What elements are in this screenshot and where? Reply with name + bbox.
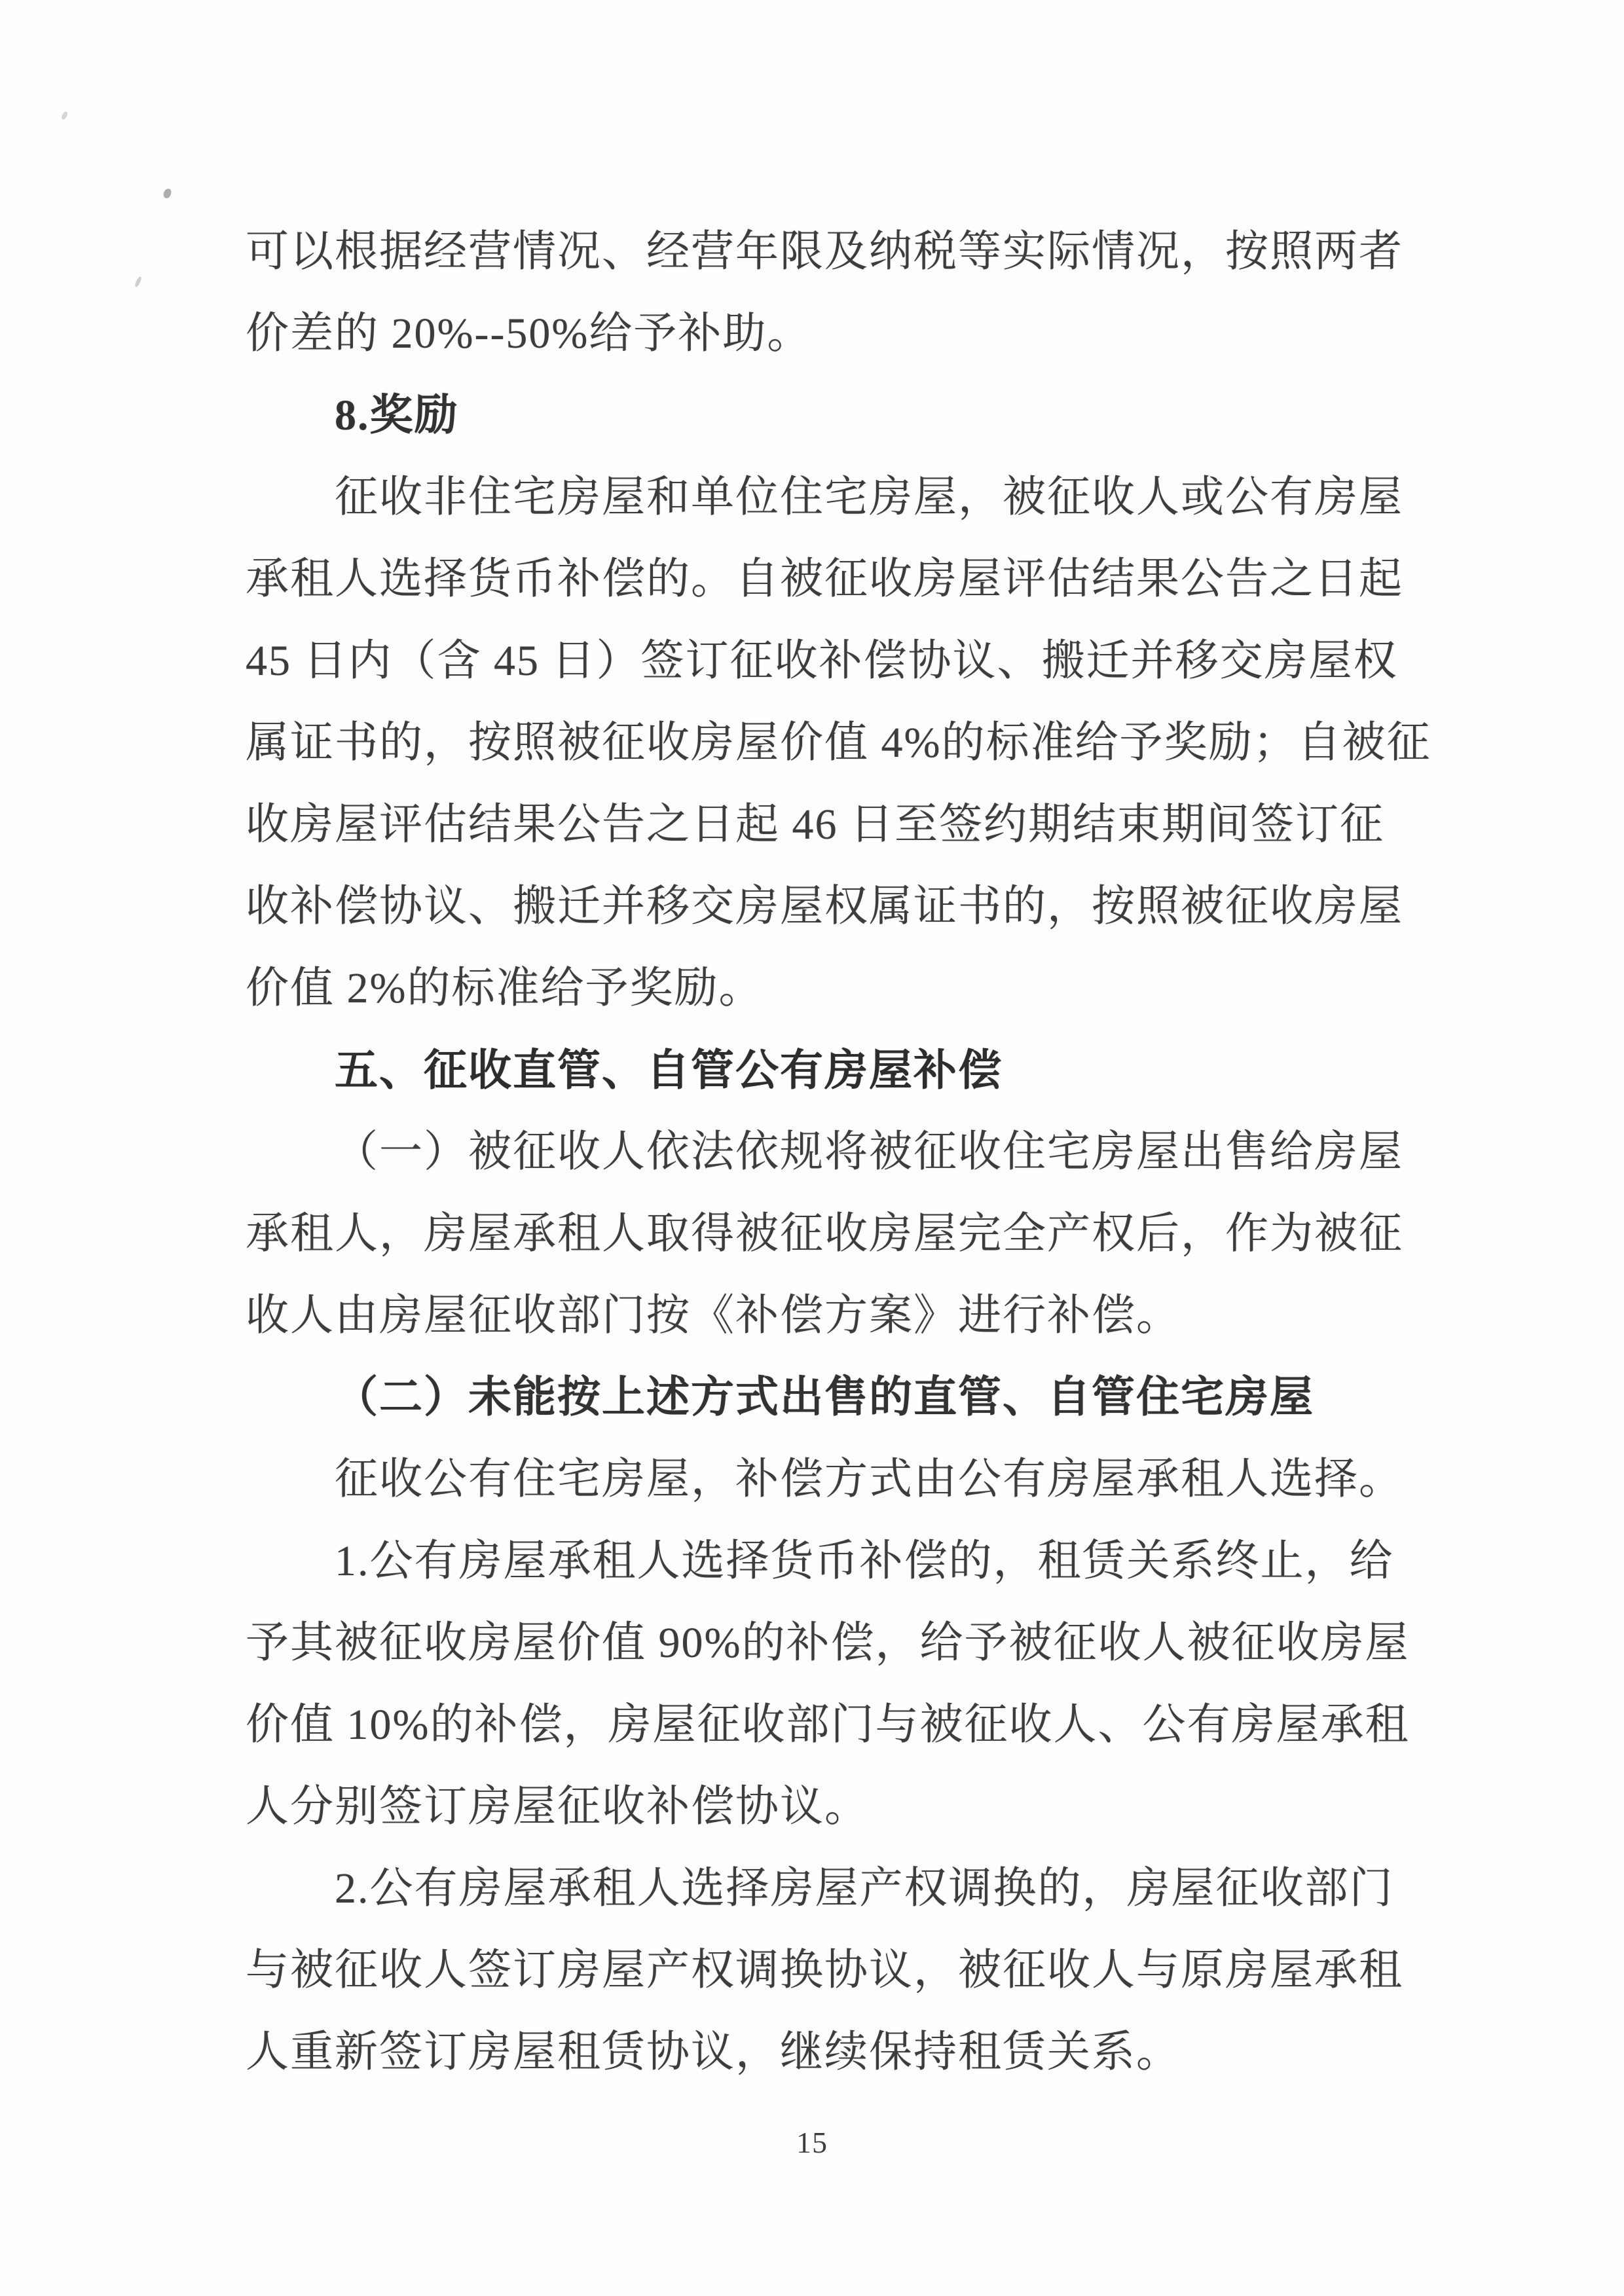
page-number: 15	[0, 2123, 1624, 2162]
heading-5-public-housing-compensation: 五、征收直管、自管公有房屋补偿	[246, 1029, 1418, 1111]
text-line: 收人由房屋征收部门按《补偿方案》进行补偿。	[246, 1275, 1418, 1357]
paragraph-2-property-exchange: 2.公有房屋承租人选择房屋产权调换的，房屋征收部门与被征收人签订房屋产权调换协议…	[246, 1848, 1418, 2093]
paragraph-reward-details: 征收非住宅房屋和单位住宅房屋，被征收人或公有房屋承租人选择货币补偿的。自被征收房…	[246, 456, 1418, 1029]
text-line: 予其被征收房屋价值 90%的补偿，给予被征收人被征收房屋	[246, 1602, 1418, 1684]
text-line: 人分别签订房屋征收补偿协议。	[246, 1766, 1418, 1848]
text-line: 属证书的，按照被征收房屋价值 4%的标准给予奖励；自被征	[246, 702, 1418, 784]
scan-speck-icon	[61, 111, 69, 120]
text-line: 收补偿协议、搬迁并移交房屋权属证书的，按照被征收房屋	[246, 866, 1418, 947]
text-line: 8.奖励	[246, 374, 1418, 456]
text-line: 价值 2%的标准给予奖励。	[246, 947, 1418, 1029]
text-line: 2.公有房屋承租人选择房屋产权调换的，房屋征收部门	[246, 1848, 1418, 1929]
paragraph-subsidy-continuation: 可以根据经营情况、经营年限及纳税等实际情况，按照两者价差的 20%--50%给予…	[246, 211, 1418, 374]
text-line: 承租人选择货币补偿的。自被征收房屋评估结果公告之日起	[246, 538, 1418, 620]
text-line: （二）未能按上述方式出售的直管、自管住宅房屋	[246, 1357, 1418, 1438]
heading-8-reward: 8.奖励	[246, 374, 1418, 456]
heading-item-2-unsold-housing: （二）未能按上述方式出售的直管、自管住宅房屋	[246, 1357, 1418, 1438]
text-line: 45 日内（含 45 日）签订征收补偿协议、搬迁并移交房屋权	[246, 620, 1418, 702]
text-line: （一）被征收人依法依规将被征收住宅房屋出售给房屋	[246, 1111, 1418, 1193]
text-line: 五、征收直管、自管公有房屋补偿	[246, 1029, 1418, 1111]
text-line: 1.公有房屋承租人选择货币补偿的，租赁关系终止，给	[246, 1520, 1418, 1602]
text-line: 价值 10%的补偿，房屋征收部门与被征收人、公有房屋承租	[246, 1684, 1418, 1766]
text-line: 与被征收人签订房屋产权调换协议，被征收人与原房屋承租	[246, 1929, 1418, 2011]
scan-speck-icon	[163, 188, 172, 199]
document-body: 可以根据经营情况、经营年限及纳税等实际情况，按照两者价差的 20%--50%给予…	[246, 211, 1418, 2093]
text-line: 征收非住宅房屋和单位住宅房屋，被征收人或公有房屋	[246, 456, 1418, 538]
text-line: 人重新签订房屋租赁协议，继续保持租赁关系。	[246, 2011, 1418, 2093]
scan-speck-icon	[134, 276, 142, 287]
text-line: 收房屋评估结果公告之日起 46 日至签约期结束期间签订征	[246, 784, 1418, 866]
paragraph-tenant-choice-intro: 征收公有住宅房屋，补偿方式由公有房屋承租人选择。	[246, 1438, 1418, 1520]
text-line: 可以根据经营情况、经营年限及纳税等实际情况，按照两者	[246, 211, 1418, 293]
document-page: 可以根据经营情况、经营年限及纳税等实际情况，按照两者价差的 20%--50%给予…	[0, 0, 1624, 2296]
paragraph-1-monetary-compensation: 1.公有房屋承租人选择货币补偿的，租赁关系终止，给予其被征收房屋价值 90%的补…	[246, 1520, 1418, 1848]
paragraph-item-1-sale-to-tenant: （一）被征收人依法依规将被征收住宅房屋出售给房屋承租人，房屋承租人取得被征收房屋…	[246, 1111, 1418, 1357]
text-line: 承租人，房屋承租人取得被征收房屋完全产权后，作为被征	[246, 1193, 1418, 1275]
text-line: 征收公有住宅房屋，补偿方式由公有房屋承租人选择。	[246, 1438, 1418, 1520]
text-line: 价差的 20%--50%给予补助。	[246, 293, 1418, 374]
